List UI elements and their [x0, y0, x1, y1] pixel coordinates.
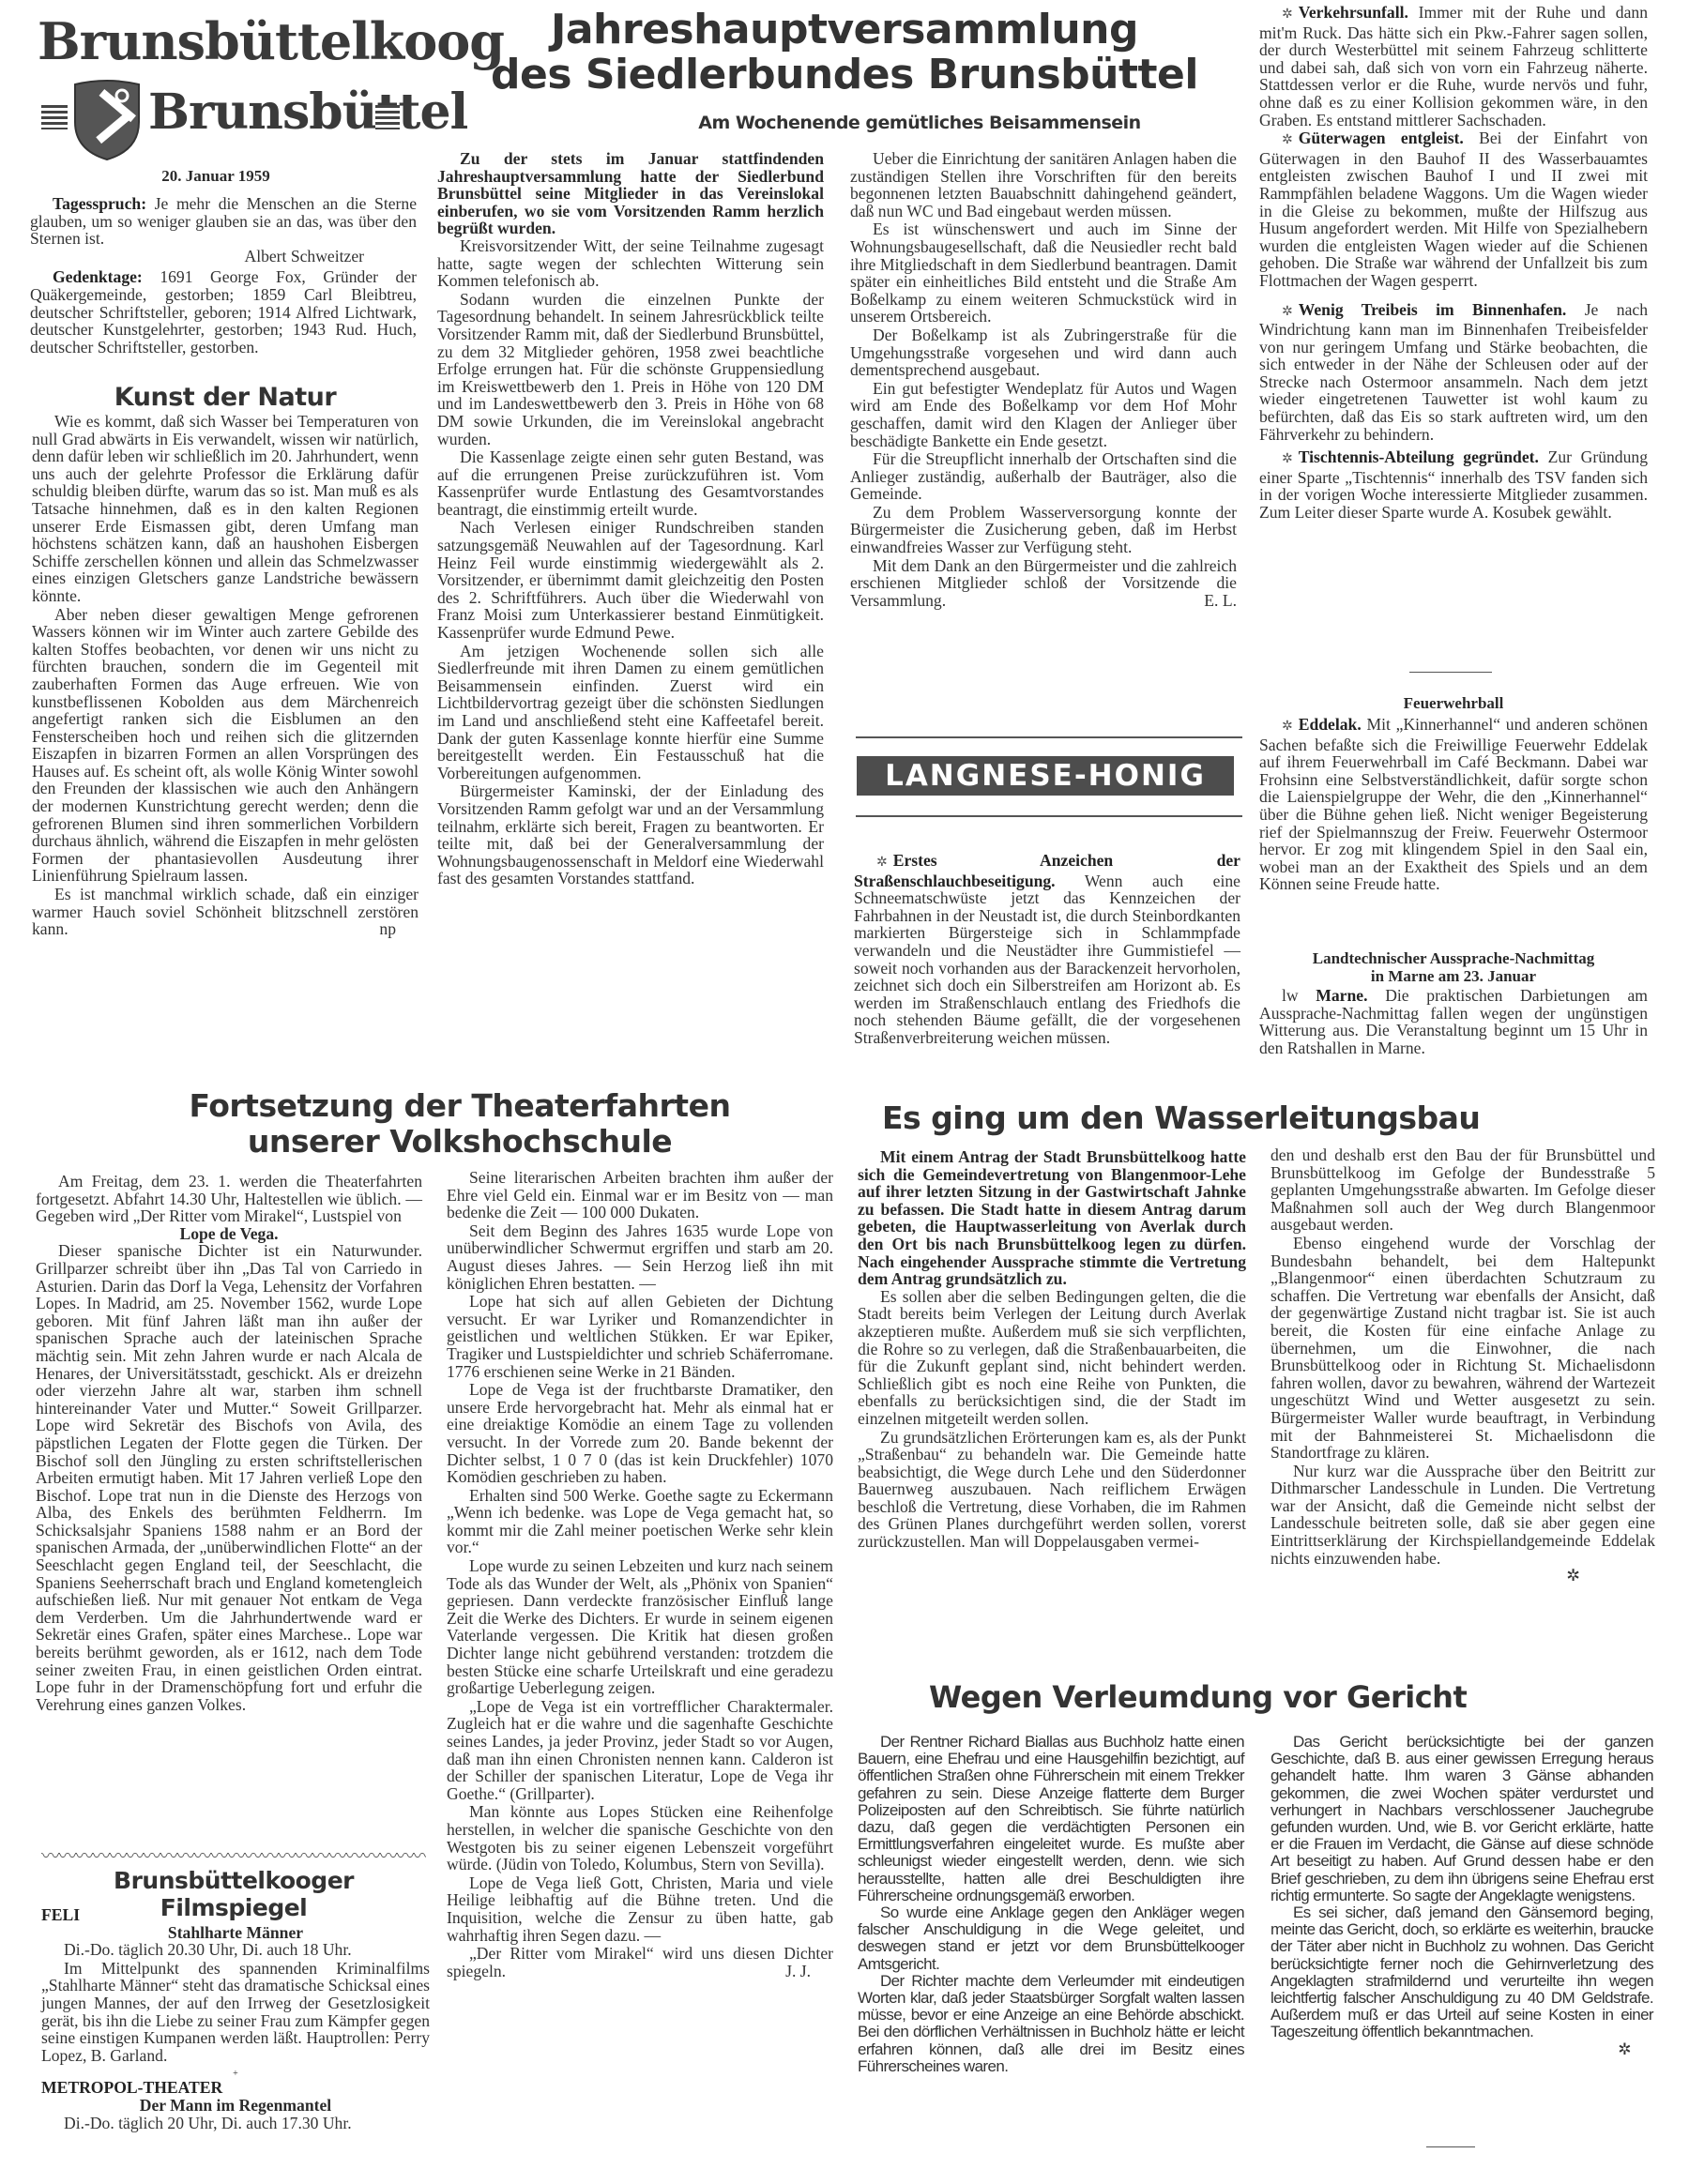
film-times: Di.-Do. täglich 20 Uhr, Di. auch 17.30 U… — [41, 2115, 430, 2132]
film-title: Stahlharte Männer — [41, 1924, 430, 1942]
brief-item: ✲Wenig Treibeis im Binnenhafen. Je nach … — [1259, 301, 1648, 444]
ornament-divider: 〰〰〰〰〰〰〰〰〰〰〰〰〰〰〰〰〰〰〰〰〰〰〰〰〰〰〰〰〰〰 — [41, 1841, 426, 1868]
film-times: Di.-Do. täglich 20.30 Uhr, Di. auch 18 U… — [41, 1941, 430, 1959]
paragraph: Aber neben dieser gewaltigen Menge gefro… — [32, 606, 418, 886]
article-theater-col2: Seine literarischen Arbeiten brachten ih… — [447, 1169, 833, 1979]
brief-item: ✲Verkehrsunfall. Immer mit der Ruhe und … — [1259, 4, 1648, 129]
brief-item: ✲Güterwagen entgleist. Bei der Einfahrt … — [1259, 129, 1648, 289]
signature: np — [357, 920, 418, 938]
tagesspruch-label: Tagesspruch: — [53, 194, 146, 213]
ribbon-right — [375, 105, 400, 129]
masthead-title-line1: Brunsbüttelkoog — [38, 13, 394, 69]
article-theater-col1: Am Freitag, dem 23. 1. werden die Theate… — [36, 1173, 422, 1713]
ad-rule-bottom — [856, 815, 1242, 817]
lead-paragraph: Zu der stets im Januar stattfindenden Ja… — [437, 150, 824, 237]
article-siedler-col1: Zu der stets im Januar stattfindenden Ja… — [437, 150, 824, 887]
ad-langnese-honig[interactable]: LANGNESE-HONIG — [857, 756, 1234, 796]
star-icon: ✲ — [1282, 8, 1293, 22]
ribbon-left — [41, 105, 68, 129]
star-icon: ✲ — [1271, 2041, 1653, 2058]
headline-siedler: Jahreshauptversammlung des Siedlerbundes… — [432, 8, 1257, 98]
divider — [1409, 672, 1492, 673]
masthead-title-line2: Brunsbüttel — [148, 84, 467, 141]
film-title: Der Mann im Regenmantel — [41, 2097, 430, 2115]
cinema-name: METROPOL-THEATER — [41, 2079, 430, 2097]
film-description: Im Mittelpunkt des spannenden Kriminalfi… — [41, 1960, 430, 2065]
signature: E. L. — [1181, 592, 1237, 610]
brief-item: ✲Tischtennis-Abteilung gegründet. Zur Gr… — [1259, 448, 1648, 521]
daily-box: Tagesspruch: Je mehr die Menschen an die… — [30, 195, 417, 356]
headline-kunst: Kunst der Natur — [32, 383, 418, 412]
briefs-column: ✲Verkehrsunfall. Immer mit der Ruhe und … — [1259, 4, 1648, 522]
article-gericht-col2: Das Gericht berücksichtigte bei der ganz… — [1271, 1734, 1653, 2058]
signature: J. J. — [763, 1963, 833, 1980]
paragraph: Es ist manchmal wirklich schade, daß ein… — [32, 886, 418, 938]
star-icon: ✲ — [1271, 1567, 1655, 1585]
headline-wasser: Es ging um den Wasserleitungsbau — [844, 1100, 1614, 1136]
filmspiegel-list: FELI Stahlharte Männer Di.-Do. täglich 2… — [41, 1906, 430, 2131]
star-icon: ✲ — [1282, 720, 1293, 734]
cinema-name: FELI — [41, 1906, 430, 1924]
star-icon: ✲ — [1282, 133, 1293, 147]
star-icon: ✲ — [876, 856, 888, 870]
headline-gericht: Wegen Verleumdung vor Gericht — [929, 1679, 1586, 1715]
subheadline-siedler: Am Wochenende gemütliches Beisammensein — [432, 113, 1257, 133]
brief-strassenschlauch: ✲Erstes Anzeichen der Straßenschlauchbes… — [854, 852, 1240, 1047]
article-feuerwehr: ✲Eddelak. Mit „Kinnerhannel“ und anderen… — [1259, 716, 1648, 893]
star-icon: ✲ — [1282, 305, 1293, 319]
article-gericht-col1: Der Rentner Richard Biallas aus Buchholz… — [858, 1734, 1244, 2075]
author-line: Lope de Vega. — [36, 1225, 422, 1243]
star-icon: ✲ — [1282, 452, 1293, 466]
article-kunst: Wie es kommt, daß sich Wasser bei Temper… — [32, 413, 418, 938]
article-wasser-col1: Mit einem Antrag der Stadt Brunsbüttelko… — [858, 1148, 1246, 1551]
end-rule — [1426, 2146, 1475, 2147]
ad-rule-top — [856, 736, 1242, 738]
article-siedler-col2: Ueber die Einrichtung der sanitären Anla… — [850, 150, 1237, 609]
article-wasser-col2: den und deshalb erst den Bau der für Bru… — [1271, 1146, 1655, 1585]
article-marne: lw Marne. Die praktischen Darbietungen a… — [1259, 987, 1648, 1056]
issue-date: 20. Januar 1959 — [38, 167, 394, 186]
headline-theater: Fortsetzung der Theaterfahrten unserer V… — [169, 1088, 751, 1160]
headline-marne: Landtechnischer Aussprache-Nachmittag in… — [1259, 949, 1648, 985]
paragraph: Wie es kommt, daß sich Wasser bei Temper… — [32, 413, 418, 605]
masthead-row2: Brunsbüttel — [41, 77, 398, 161]
headline-feuerwehr: Feuerwehrball — [1259, 694, 1648, 713]
tagesspruch-author: Albert Schweitzer — [30, 248, 417, 265]
gedenktage-label: Gedenktage: — [53, 267, 143, 286]
coat-of-arms-anchor-icon — [68, 77, 146, 161]
theater-intro: Am Freitag, dem 23. 1. werden die Theate… — [36, 1173, 422, 1225]
